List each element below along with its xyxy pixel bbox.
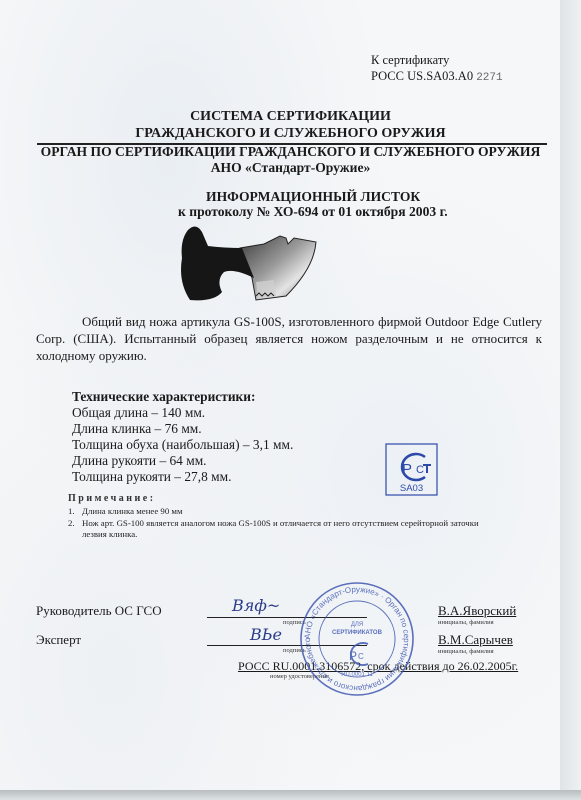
rst-logo-text: Р (402, 461, 412, 478)
official-stamp: АНО «Стандарт-Оружие» · Орган по сертифи… (298, 580, 416, 698)
svg-text:ДЛЯ: ДЛЯ (351, 622, 363, 628)
head-name: В.А.Яворский (438, 603, 516, 619)
spec-item: Длина клинка – 76 мм. (72, 421, 293, 437)
svg-text:С: С (416, 464, 424, 476)
spec-item: Толщина обуха (наибольшая) – 3,1 мм. (72, 437, 293, 453)
head-name-caption: инициалы, фамилия (438, 619, 494, 626)
certificate-number-handwritten: 2271 (476, 72, 502, 84)
technical-specs: Технические характеристики: Общая длина … (72, 389, 293, 485)
rst-conformity-mark: Р С SA03 (385, 443, 438, 496)
organization-name: АНО «Стандарт-Оружие» (0, 160, 581, 176)
expert-name: В.М.Сарычев (438, 632, 513, 648)
note-item-continuation: лезвия клинка. (68, 529, 548, 541)
rst-code: SA03 (400, 483, 423, 494)
certificate-reference: К сертификату РОСС US.SA03.A0 2271 (371, 52, 503, 86)
info-sheet-title: ИНФОРМАЦИОННЫЙ ЛИСТОК (206, 189, 420, 205)
spec-item: Толщина рукояти – 27,8 мм. (72, 469, 293, 485)
scan-edge-bottom (0, 790, 581, 800)
svg-text:С: С (358, 652, 364, 661)
spec-item: Длина рукояти – 64 мм. (72, 453, 293, 469)
system-heading: СИСТЕМА СЕРТИФИКАЦИИ ГРАЖДАНСКОГО И СЛУЖ… (0, 108, 581, 142)
head-signature: Вяф~ (232, 596, 280, 615)
certificate-ref-number: РОСС US.SA03.A0 2271 (371, 68, 503, 86)
knife-photo (168, 222, 330, 302)
expert-label: Эксперт (36, 632, 81, 648)
expert-signature: ВЬе (250, 625, 282, 644)
knife-description: Общий вид ножа артикула GS-100S, изготов… (36, 313, 542, 364)
certificate-ref-label: К сертификату (371, 52, 503, 68)
specs-title: Технические характеристики: (72, 389, 293, 405)
protocol-reference: к протоколу № ХО-694 от 01 октября 2003 … (178, 204, 448, 220)
head-label: Руководитель ОС ГСО (36, 603, 162, 619)
note-item: 2.Нож арт. GS-100 является аналогом ножа… (68, 518, 548, 530)
expert-name-caption: инициалы, фамилия (438, 648, 494, 655)
notes-list: 1.Длина клинка менее 90 мм 2.Нож арт. GS… (68, 506, 548, 541)
organ-heading: ОРГАН ПО СЕРТИФИКАЦИИ ГРАЖДАНСКОГО И СЛУ… (0, 144, 581, 176)
svg-text:RU.0001.11: RU.0001.11 (341, 672, 373, 678)
spec-item: Общая длина – 140 мм. (72, 405, 293, 421)
notes-title: Примечание: (68, 493, 156, 504)
svg-text:Р: Р (349, 649, 357, 663)
svg-text:СЕРТИФИКАТОВ: СЕРТИФИКАТОВ (332, 630, 383, 636)
note-item: 1.Длина клинка менее 90 мм (68, 506, 548, 518)
